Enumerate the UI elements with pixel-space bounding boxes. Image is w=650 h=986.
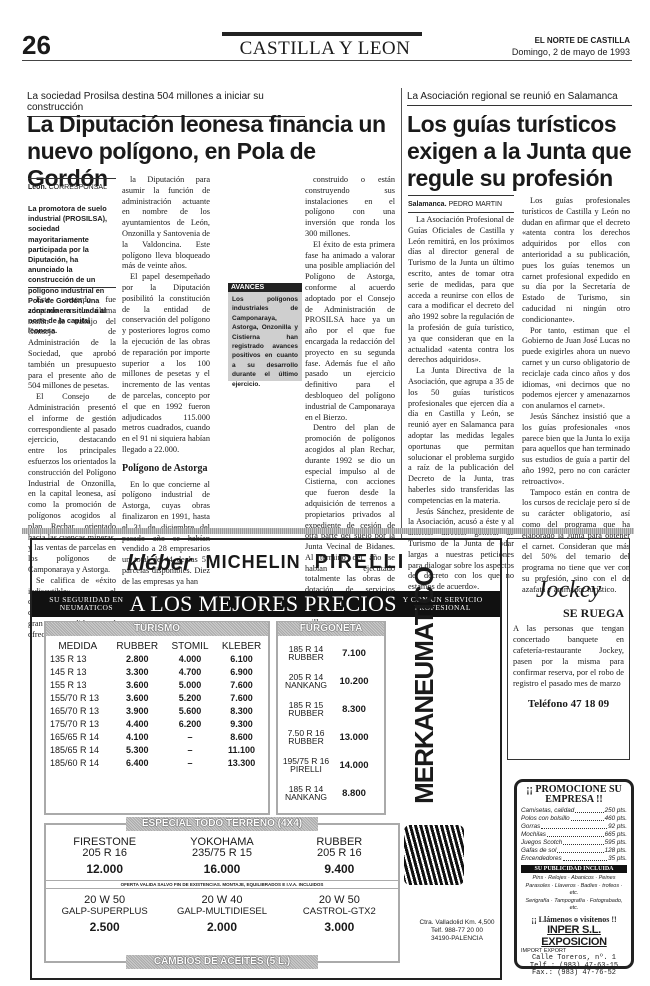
table-cell: 165/70 R 13 — [46, 704, 110, 717]
merkaneumatico-logo: MERKANEUMATICO — [404, 600, 444, 770]
byline-author: CORRESPONSAL — [49, 184, 107, 191]
oil-item: 20 W 50GALP-SUPERPLUS2.500 — [46, 895, 163, 934]
column-divider — [401, 88, 402, 538]
table-row: 175/70 R 134.4006.2009.300 — [46, 717, 268, 730]
table-cell: 6.900 — [215, 665, 268, 678]
item-price: 92 pts. — [608, 823, 627, 831]
paragraph: Este acuerdo fue adoptado en la última s… — [28, 295, 116, 392]
article2-col1: La Asociación Profesional de Guías Ofici… — [408, 215, 514, 593]
price: 2.500 — [46, 920, 163, 934]
item-price: 128 pts. — [605, 847, 627, 855]
table-cell: 4.700 — [165, 665, 215, 678]
promo-extras: Pins · Relojes · Abanicos · Peines — [521, 875, 627, 883]
size: 205 R 16 — [46, 848, 163, 859]
item-price: 595 pts. — [605, 839, 627, 847]
table-cell: 165/65 R 14 — [46, 730, 110, 743]
todo-terreno-grid: FIRESTONE205 R 1612.000YOKOHAMA235/75 R … — [46, 837, 398, 876]
table-cell: 13.300 — [215, 756, 268, 769]
jockey-logo: Jockey — [513, 577, 624, 604]
brand: RUBBER — [278, 737, 334, 746]
sidebar-body: Los polígonos industriales de Camponaray… — [228, 292, 302, 392]
price: 12.000 — [46, 862, 163, 876]
table-row: 135 R 132.8004.0006.100 — [46, 652, 268, 665]
leader-dots — [547, 831, 604, 837]
tire-size: 185 R 14NANKANG — [278, 785, 334, 802]
table-cell: 4.100 — [110, 730, 165, 743]
byline-place: Salamanca. — [408, 201, 447, 208]
pirelli-logo: PIRELLI — [315, 551, 406, 574]
paragraph: construido o están construyendo sus inst… — [305, 175, 395, 240]
article2-kicker: La Asociación regional se reunió en Sala… — [407, 91, 632, 106]
address-line: Ctra. Valladolid Km. 4,500 — [412, 919, 502, 927]
table-cell: 8.600 — [215, 730, 268, 743]
tire-size: 195/75 R 16PIRELLI — [278, 757, 334, 774]
promo-brand: INPER S.L. EXPOSICION — [521, 924, 627, 948]
price: 7.100 — [334, 648, 374, 659]
promo-advertisement: ¡¡ PROMOCIONE SU EMPRESA !! Camisetas, c… — [514, 779, 634, 969]
brand: NANKANG — [278, 793, 334, 802]
promo-item: Gafas de sol128 pts. — [521, 847, 627, 855]
furgoneta-title: FURGONETA — [278, 622, 384, 636]
promo-item: Encendedores35 pts. — [521, 855, 627, 863]
grade: 20 W 40 — [163, 895, 280, 906]
leader-dots — [541, 823, 607, 829]
promo-item: Camisetas, calidad250 pts. — [521, 807, 627, 815]
table-row: 155/70 R 133.6005.2007.600 — [46, 691, 268, 704]
oil-name: GALP-SUPERPLUS — [46, 906, 163, 917]
paper-name: EL NORTE DE CASTILLA — [535, 36, 630, 45]
vertical-brand-text: MERKANEUMATICO — [409, 567, 440, 804]
jockey-heading: SE RUEGA — [513, 606, 624, 621]
table-cell: – — [165, 756, 215, 769]
page-divider-band — [22, 528, 634, 534]
header-rule — [22, 60, 632, 61]
item-name: Juegos Scotch — [521, 839, 562, 847]
turismo-price-table: MEDIDA RUBBER STOMIL KLEBER 135 R 132.80… — [46, 641, 268, 769]
oil-name: CASTROL-GTX2 — [281, 906, 398, 917]
table-cell: 5.200 — [165, 691, 215, 704]
oil-change-grid: 20 W 50GALP-SUPERPLUS2.50020 W 40GALP-MU… — [46, 895, 398, 934]
article2-col2: Los guías profesionales turísticos de Ca… — [522, 196, 630, 595]
item-name: Gorras — [521, 823, 540, 831]
offer-item: FIRESTONE205 R 1612.000 — [46, 837, 163, 876]
table-cell: 145 R 13 — [46, 665, 110, 678]
brand: PIRELLI — [278, 765, 334, 774]
column-header: STOMIL — [165, 641, 215, 652]
special-offers-panel: ESPECIAL TODO TERRENO (4X4) FIRESTONE205… — [44, 823, 400, 963]
paper-date: Domingo, 2 de mayo de 1993 — [512, 47, 630, 57]
leader-dots — [563, 839, 603, 845]
paragraph: la Diputación para asumir la función de … — [122, 175, 210, 272]
table-cell: 5.300 — [110, 743, 165, 756]
promo-price-list: Camisetas, calidad250 pts.Polos con bols… — [521, 807, 627, 863]
price: 3.000 — [281, 920, 398, 934]
slogan-left: SU SEGURIDAD ENNEUMATICOS — [49, 596, 123, 612]
table-cell: 155/70 R 13 — [46, 691, 110, 704]
promo-call: ¡¡ Llámenos o visítenos !! — [521, 915, 627, 924]
promo-item: Juegos Scotch595 pts. — [521, 839, 627, 847]
jockey-advertisement: Jockey SE RUEGA A las personas que tenga… — [507, 538, 630, 760]
table-cell: 6.100 — [215, 652, 268, 665]
table-row: 165/70 R 133.9005.6008.300 — [46, 704, 268, 717]
address-phone: Telf. 988-77 20 00 — [412, 927, 502, 935]
paragraph: La Junta Directiva de la Asociación, que… — [408, 366, 514, 506]
table-cell: 175/70 R 13 — [46, 717, 110, 730]
section-bar — [222, 32, 422, 36]
table-cell: 8.300 — [215, 704, 268, 717]
paragraph: El papel desempeñado por la Diputación p… — [122, 272, 210, 456]
sidebar-title: AVANCES — [228, 283, 302, 292]
item-price: 665 pts. — [605, 831, 627, 839]
table-cell: 2.800 — [110, 652, 165, 665]
grade: 20 W 50 — [281, 895, 398, 906]
brand: RUBBER — [278, 709, 334, 718]
price: 8.300 — [334, 704, 374, 715]
aceites-title: CAMBIOS DE ACEITES (5 L.) — [126, 955, 318, 969]
list-item: 185 R 14NANKANG8.800 — [278, 779, 384, 807]
column-header: RUBBER — [110, 641, 165, 652]
price: 2.000 — [163, 920, 280, 934]
leader-dots — [575, 807, 603, 813]
promo-title: ¡¡ PROMOCIONE SU EMPRESA !! — [521, 785, 627, 805]
article2-headline: Los guías turísticos exigen a la Junta q… — [407, 111, 632, 192]
table-cell: 3.600 — [110, 691, 165, 704]
price: 10.200 — [334, 676, 374, 687]
tire-size: 7.50 R 16RUBBER — [278, 729, 334, 746]
price: 8.800 — [334, 788, 374, 799]
brand: RUBBER — [278, 653, 334, 662]
table-row: 185/60 R 146.400–13.300 — [46, 756, 268, 769]
price: 16.000 — [163, 862, 280, 876]
page-number: 26 — [22, 30, 51, 61]
table-cell: 185/65 R 14 — [46, 743, 110, 756]
offer-item: RUBBER205 R 169.400 — [281, 837, 398, 876]
oil-item: 20 W 40GALP-MULTIDIESEL2.000 — [163, 895, 280, 934]
byline-author: PEDRO MARTIN — [448, 201, 502, 208]
tire-size: 185 R 14RUBBER — [278, 645, 334, 662]
table-cell: 6.200 — [165, 717, 215, 730]
paragraph: El éxito de esta primera fase ha animado… — [305, 240, 395, 424]
leader-dots — [571, 815, 604, 821]
column-header: MEDIDA — [46, 641, 110, 652]
table-cell: 7.600 — [215, 678, 268, 691]
table-cell: 5.000 — [165, 678, 215, 691]
jockey-text: A las personas que tengan concertado ban… — [513, 623, 624, 689]
tire-advertisement: kléber MICHELIN PIRELLI SU SEGURIDAD ENN… — [30, 538, 502, 980]
table-cell: 3.300 — [110, 665, 165, 678]
item-name: Gafas de sol — [521, 847, 556, 855]
brand: NANKANG — [278, 681, 334, 690]
promo-item: Gorras92 pts. — [521, 823, 627, 831]
article1-col2: la Diputación para asumir la función de … — [122, 175, 210, 587]
kleber-logo: kléber — [127, 550, 192, 576]
list-item: 205 R 14NANKANG10.200 — [278, 667, 384, 695]
table-cell: 155 R 13 — [46, 678, 110, 691]
table-cell: – — [165, 743, 215, 756]
paragraph: Los guías profesionales turísticos de Ca… — [522, 196, 630, 326]
leader-dots — [557, 847, 603, 853]
dealer-address: Ctra. Valladolid Km. 4,500 Telf. 988-77 … — [412, 919, 502, 943]
list-item: 195/75 R 16PIRELLI14.000 — [278, 751, 384, 779]
turismo-title: TURISMO — [46, 622, 268, 636]
table-cell: 3.600 — [110, 678, 165, 691]
address-city: 34190-PALENCIA — [412, 935, 502, 943]
furgoneta-panel: FURGONETA 185 R 14RUBBER7.100205 R 14NAN… — [276, 621, 386, 815]
table-cell: 4.000 — [165, 652, 215, 665]
promo-extras: Serigrafía · Tampografía · Fotograbado, … — [521, 898, 627, 913]
table-cell: 6.400 — [110, 756, 165, 769]
michelin-logo: MICHELIN — [206, 552, 301, 573]
promo-item: Mochilas665 pts. — [521, 831, 627, 839]
table-cell: 185/60 R 14 — [46, 756, 110, 769]
table-row: 165/65 R 144.100–8.600 — [46, 730, 268, 743]
list-item: 7.50 R 16RUBBER13.000 — [278, 723, 384, 751]
size: 205 R 16 — [281, 848, 398, 859]
table-cell: 11.100 — [215, 743, 268, 756]
item-price: 250 pts. — [605, 807, 627, 815]
lead-rule — [28, 287, 116, 288]
slogan-main: A LOS MEJORES PRECIOS — [129, 591, 396, 617]
byline-place: León. — [28, 184, 47, 191]
table-cell: 5.600 — [165, 704, 215, 717]
promo-extras: Parasoles · Llaveros · Badies · trofeos … — [521, 883, 627, 898]
offer-item: YOKOHAMA235/75 R 1516.000 — [163, 837, 280, 876]
tire-tread-icon — [404, 825, 464, 885]
promo-fax: Fax.: (983) 47-76-52 — [521, 970, 627, 978]
item-name: Mochilas — [521, 831, 546, 839]
item-name: Encendedores — [521, 855, 562, 863]
tire-size: 185 R 15RUBBER — [278, 701, 334, 718]
item-price: 35 pts. — [608, 855, 627, 863]
item-price: 460 pts. — [605, 815, 627, 823]
table-row: 185/65 R 145.300–11.100 — [46, 743, 268, 756]
item-name: Camisetas, calidad — [521, 807, 574, 815]
list-item: 185 R 15RUBBER8.300 — [278, 695, 384, 723]
price: 14.000 — [334, 760, 374, 771]
table-cell: – — [165, 730, 215, 743]
paragraph: Por tanto, estiman que el Gobierno de Ju… — [522, 326, 630, 412]
article1-byline: León. CORRESPONSAL — [28, 178, 116, 191]
table-row: 145 R 133.3004.7006.900 — [46, 665, 268, 678]
subheading: Polígono de Astorga — [122, 464, 210, 475]
todo-terreno-title: ESPECIAL TODO TERRENO (4X4) — [126, 817, 318, 831]
disclaimer: OFERTA VALIDA SALVO FIN DE EXISTENCIAS. … — [46, 880, 398, 889]
oil-item: 20 W 50CASTROL-GTX23.000 — [281, 895, 398, 934]
tire-size: 205 R 14NANKANG — [278, 673, 334, 690]
slogan-line: NEUMATICOS — [49, 604, 123, 612]
table-cell: 135 R 13 — [46, 652, 110, 665]
price: 9.400 — [281, 862, 398, 876]
sidebar-box: AVANCES Los polígonos industriales de Ca… — [228, 283, 302, 381]
table-cell: 3.900 — [110, 704, 165, 717]
column-header: KLEBER — [215, 641, 268, 652]
oil-name: GALP-MULTIDIESEL — [163, 906, 280, 917]
list-item: 185 R 14RUBBER7.100 — [278, 639, 384, 667]
leader-dots — [563, 855, 607, 861]
jockey-phone: Teléfono 47 18 09 — [513, 698, 624, 710]
grade: 20 W 50 — [46, 895, 163, 906]
promo-item: Polos con bolsillo460 pts. — [521, 815, 627, 823]
section-title: CASTILLA Y LEON — [200, 38, 450, 60]
table-cell: 4.400 — [110, 717, 165, 730]
article2-byline: Salamanca. PEDRO MARTIN — [408, 195, 514, 213]
table-row: 155 R 133.6005.0007.600 — [46, 678, 268, 691]
paragraph: Jesús Sánchez insistió que a los guías p… — [522, 412, 630, 488]
price: 13.000 — [334, 732, 374, 743]
paragraph: La Asociación Profesional de Guías Ofici… — [408, 215, 514, 366]
turismo-panel: TURISMO MEDIDA RUBBER STOMIL KLEBER 135 … — [44, 621, 270, 815]
promo-band: SU PUBLICIDAD INCLUIDA — [521, 865, 627, 873]
table-cell: 7.600 — [215, 691, 268, 704]
size: 235/75 R 15 — [163, 848, 280, 859]
item-name: Polos con bolsillo — [521, 815, 570, 823]
table-cell: 9.300 — [215, 717, 268, 730]
